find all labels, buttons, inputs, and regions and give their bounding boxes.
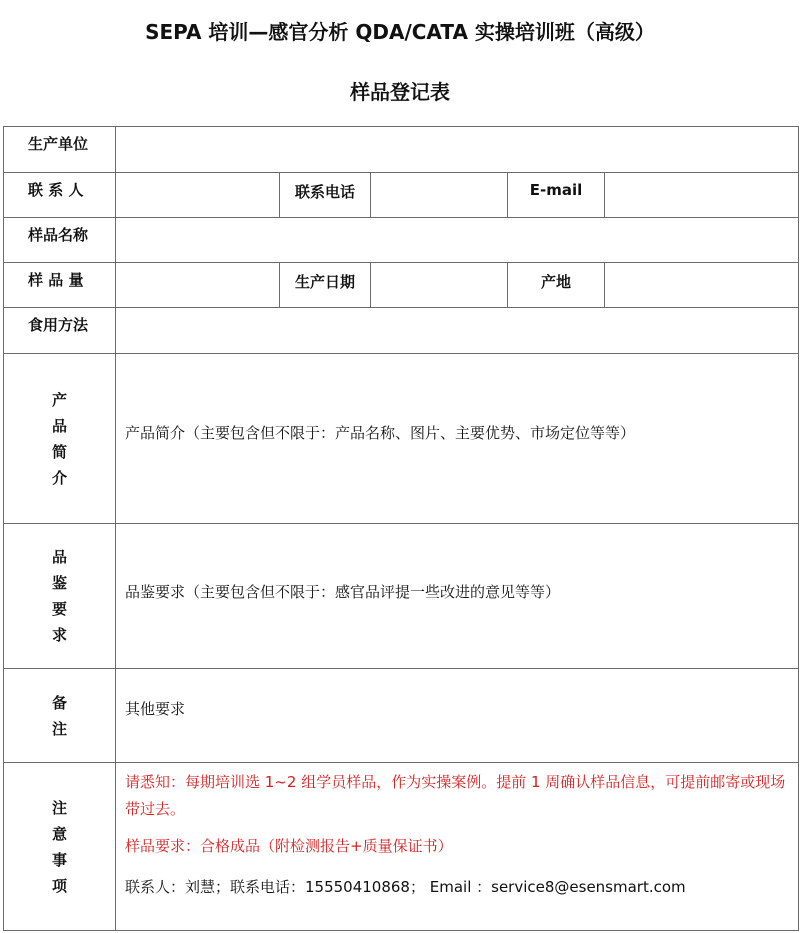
tasting-text: 品鉴要求（主要包含但不限于：感官品评提一些改进的意见等等） xyxy=(125,581,560,602)
sample-qty-field[interactable] xyxy=(115,262,280,308)
producer-field[interactable] xyxy=(115,126,799,173)
sample-requirement-text: 样品要求：合格成品（附检测报告+质量保证书） xyxy=(125,833,798,860)
tasting-label-char: 品 xyxy=(52,544,67,570)
tasting-label: 品 鉴 要 求 xyxy=(3,523,116,669)
phone-field[interactable] xyxy=(370,172,508,218)
notes-label-char: 事 xyxy=(52,847,67,873)
sample-name-label: 样品名称 xyxy=(3,217,116,263)
contact-info-text: 联系人：刘慧；联系电话：15550410868； Email ：service8… xyxy=(125,874,798,901)
intro-text: 产品简介（主要包含但不限于：产品名称、图片、主要优势、市场定位等等） xyxy=(125,422,635,443)
remarks-label-char: 注 xyxy=(52,716,67,742)
remarks-label: 备 注 xyxy=(3,668,116,763)
remarks-label-char: 备 xyxy=(52,690,67,716)
intro-label-char: 产 xyxy=(52,387,67,413)
email-label: E-mail xyxy=(507,172,605,218)
remarks-text: 其他要求 xyxy=(125,698,185,719)
intro-label: 产 品 简 介 xyxy=(3,353,116,524)
producer-label: 生产单位 xyxy=(3,126,116,173)
tasting-label-char: 鉴 xyxy=(52,570,67,596)
notes-label-char: 注 xyxy=(52,795,67,821)
tasting-label-char: 求 xyxy=(52,622,67,648)
notes-label-char: 意 xyxy=(52,821,67,847)
notes-content: 请悉知：每期培训选 1~2 组学员样品，作为实操案例。提前 1 周确认样品信息，… xyxy=(115,762,799,931)
origin-field[interactable] xyxy=(604,262,799,308)
prod-date-label: 生产日期 xyxy=(279,262,371,308)
form-title: 样品登记表 xyxy=(0,76,800,105)
usage-label: 食用方法 xyxy=(3,307,116,354)
intro-label-char: 介 xyxy=(52,465,67,491)
email-field[interactable] xyxy=(604,172,799,218)
notice-text: 请悉知：每期培训选 1~2 组学员样品，作为实操案例。提前 1 周确认样品信息，… xyxy=(125,769,798,823)
contact-label: 联 系 人 xyxy=(3,172,116,218)
prod-date-field[interactable] xyxy=(370,262,508,308)
origin-label: 产地 xyxy=(507,262,605,308)
tasting-label-char: 要 xyxy=(52,596,67,622)
phone-label: 联系电话 xyxy=(279,172,371,218)
sample-name-field[interactable] xyxy=(115,217,799,263)
usage-field[interactable] xyxy=(115,307,799,354)
document-title: SEPA 培训—感官分析 QDA/CATA 实操培训班（高级） xyxy=(0,16,800,45)
remarks-field[interactable]: 其他要求 xyxy=(115,668,799,763)
intro-label-char: 品 xyxy=(52,413,67,439)
tasting-field[interactable]: 品鉴要求（主要包含但不限于：感官品评提一些改进的意见等等） xyxy=(115,523,799,669)
contact-field[interactable] xyxy=(115,172,280,218)
notes-label: 注 意 事 项 xyxy=(3,762,116,931)
sample-qty-label: 样 品 量 xyxy=(3,262,116,308)
notes-label-char: 项 xyxy=(52,873,67,899)
intro-field[interactable]: 产品简介（主要包含但不限于：产品名称、图片、主要优势、市场定位等等） xyxy=(115,353,799,524)
intro-label-char: 简 xyxy=(52,439,67,465)
